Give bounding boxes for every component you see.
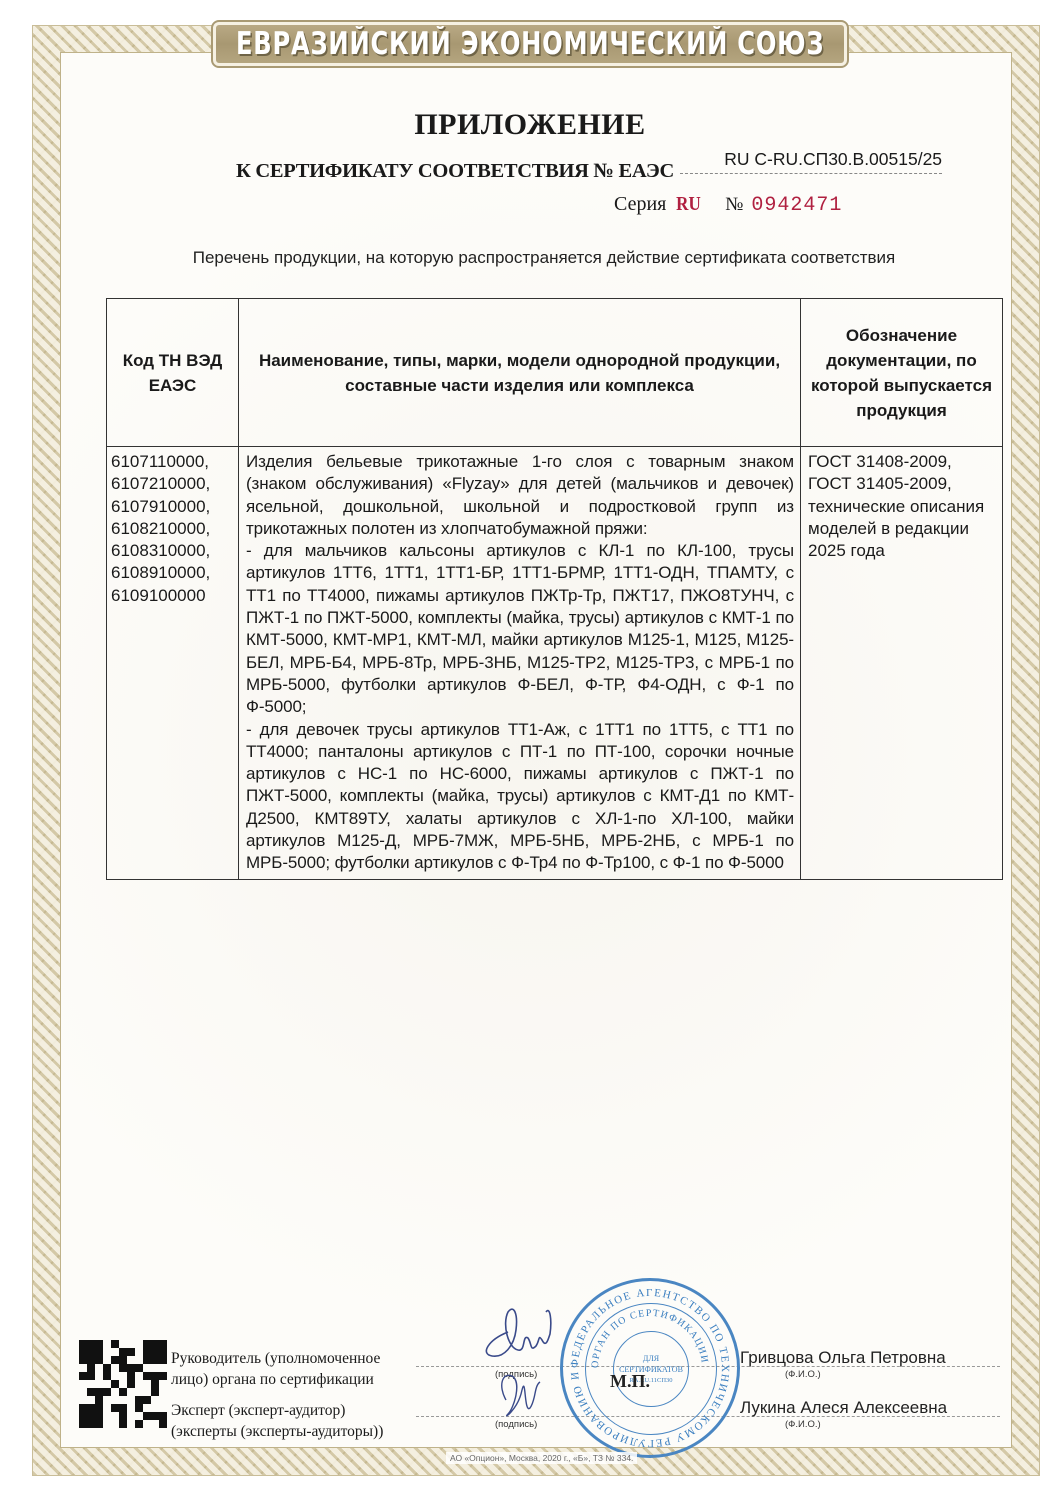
hs-code: 6108210000, <box>111 518 232 540</box>
header-product-name: Наименование, типы, марки, модели одноро… <box>239 299 801 447</box>
hs-codes-cell: 6107110000, 6107210000, 6107910000, 6108… <box>107 447 239 880</box>
seal-label: М.П. <box>610 1371 650 1392</box>
number-sign: № <box>725 194 743 216</box>
header-documentation: Обозначение документации, по которой вып… <box>801 299 1003 447</box>
standard-ref: ГОСТ 31408-2009, <box>808 451 996 473</box>
product-boys: - для мальчиков кальсоны артикулов с КЛ-… <box>246 540 794 718</box>
qr-code <box>79 1340 167 1428</box>
expert-label-line1: Эксперт (эксперт-аудитор) <box>171 1400 383 1421</box>
documentation-cell: ГОСТ 31408-2009, ГОСТ 31405-2009, технич… <box>801 447 1003 880</box>
hs-code: 6107110000, <box>111 451 232 473</box>
printer-imprint: АО «Опцион», Москва, 2020 г., «Б», ТЗ № … <box>446 1452 637 1464</box>
table-row: 6107110000, 6107210000, 6107910000, 6108… <box>107 447 1003 880</box>
head-signature <box>478 1290 568 1440</box>
series-line: Серия RU № 0942471 <box>614 193 842 217</box>
product-list-caption: Перечень продукции, на которую распростр… <box>0 248 1060 268</box>
hs-code: 6107210000, <box>111 473 232 495</box>
series-value: RU <box>677 193 702 216</box>
certificate-number: RU C-RU.СП30.В.00515/25 <box>680 149 942 174</box>
union-banner: ЕВРАЗИЙСКИЙ ЭКОНОМИЧЕСКИЙ СОЮЗ <box>213 22 847 66</box>
banner-text: ЕВРАЗИЙСКИЙ ЭКОНОМИЧЕСКИЙ СОЮЗ <box>236 26 824 62</box>
hs-code: 6109100000 <box>111 585 232 607</box>
header-hs-code: Код ТН ВЭД ЕАЭС <box>107 299 239 447</box>
head-label: Руководитель (уполномоченное лицо) орган… <box>171 1348 380 1390</box>
head-name-caption: (Ф.И.О.) <box>785 1369 821 1380</box>
product-girls: - для девочек трусы артикулов ТТ1-Аж, с … <box>246 719 794 875</box>
product-table: Код ТН ВЭД ЕАЭС Наименование, типы, марк… <box>106 298 1003 880</box>
expert-name-caption: (Ф.И.О.) <box>785 1419 821 1430</box>
page-title: ПРИЛОЖЕНИЕ <box>0 108 1060 142</box>
certificate-reference: К СЕРТИФИКАТУ СООТВЕТСТВИЯ № ЕАЭС RU C-R… <box>236 158 942 183</box>
product-intro: Изделия бельевые трикотажные 1-го слоя с… <box>246 451 794 540</box>
stamp-center: ДЛЯ СЕРТИФИКАТОВ RA.RU.11СП30 <box>613 1331 689 1407</box>
head-label-line1: Руководитель (уполномоченное <box>171 1348 380 1369</box>
standard-ref: ГОСТ 31405-2009, <box>808 473 996 495</box>
hs-code: 6107910000, <box>111 496 232 518</box>
expert-full-name: Лукина Алеся Алексеевна <box>740 1398 947 1418</box>
head-full-name: Гривцова Ольга Петровна <box>740 1348 946 1368</box>
table-header-row: Код ТН ВЭД ЕАЭС Наименование, типы, марк… <box>107 299 1003 447</box>
series-label: Серия <box>614 193 666 216</box>
hs-code: 6108310000, <box>111 540 232 562</box>
product-description-cell: Изделия бельевые трикотажные 1-го слоя с… <box>239 447 801 880</box>
expert-label-line2: (эксперты (эксперты-аудиторы)) <box>171 1421 383 1442</box>
head-label-line2: лицо) органа по сертификации <box>171 1369 380 1390</box>
stamp-center-line1: ДЛЯ <box>643 1353 659 1364</box>
tech-description-ref: технические описания моделей в редакции … <box>808 496 996 563</box>
hs-code: 6108910000, <box>111 562 232 584</box>
form-number: 0942471 <box>751 194 842 217</box>
official-stamp: ФЕДЕРАЛЬНОЕ АГЕНТСТВО ПО ТЕХНИЧЕСКОМУ РЕ… <box>560 1278 740 1458</box>
expert-label: Эксперт (эксперт-аудитор) (эксперты (экс… <box>171 1400 383 1442</box>
certificate-label: К СЕРТИФИКАТУ СООТВЕТСТВИЯ № ЕАЭС <box>236 160 674 183</box>
